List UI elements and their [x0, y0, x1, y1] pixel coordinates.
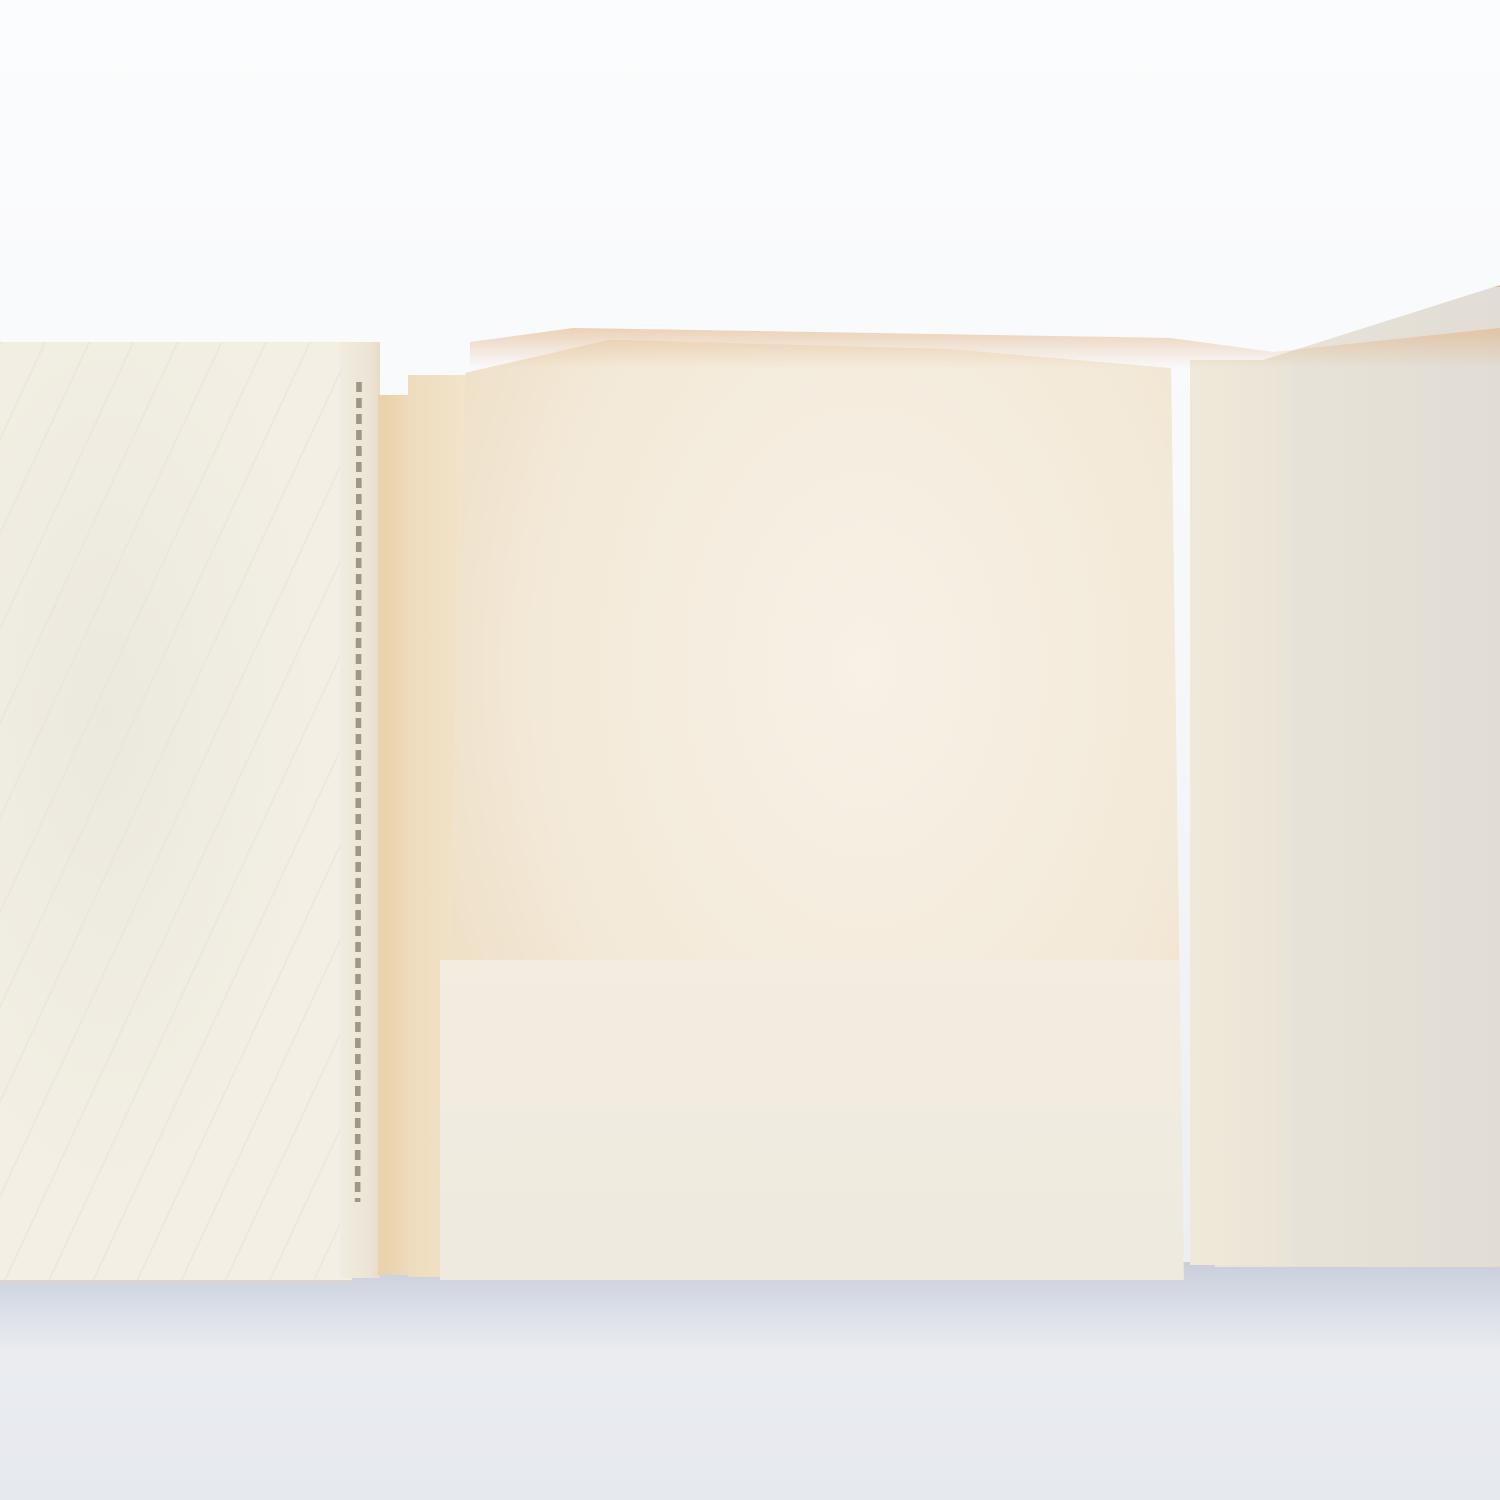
spine-title-text [352, 382, 366, 1202]
book-spine [340, 342, 380, 1278]
book-cover [0, 342, 352, 1283]
jacket-flap-fold [1190, 360, 1290, 1265]
book-photo [0, 0, 1500, 1500]
blank-page-lower [440, 960, 1290, 1280]
